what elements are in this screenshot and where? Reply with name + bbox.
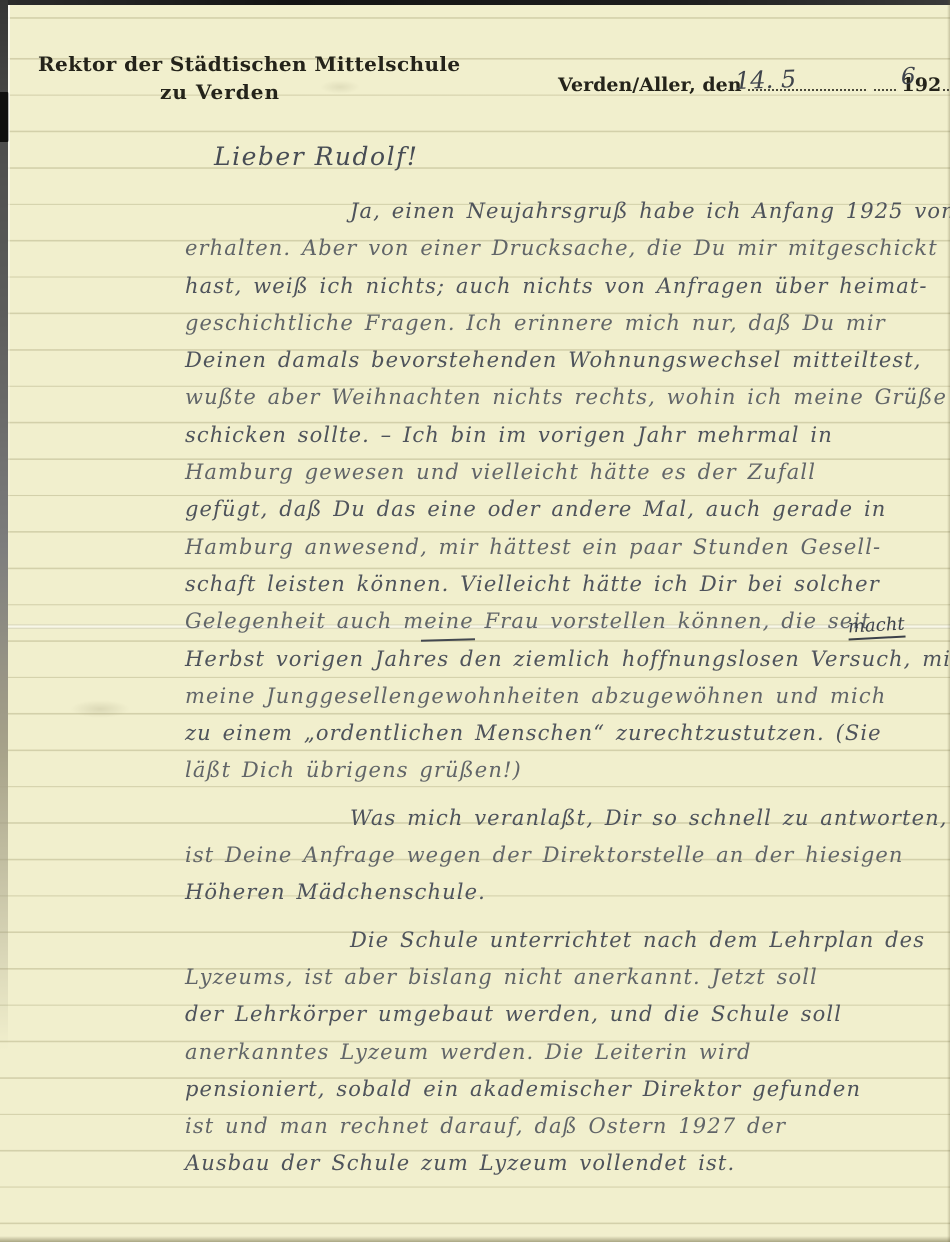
handwritten-line: gefügt, daß Du das eine oder andere Mal,…	[185, 491, 950, 528]
dateline-place: Verden/Aller, den	[558, 74, 742, 96]
handwritten-year-digit: 6	[901, 64, 916, 90]
scan-edge-bottom	[0, 1236, 950, 1242]
handwritten-line: schicken sollte. – Ich bin im vorigen Ja…	[185, 417, 950, 454]
handwritten-line: Gelegenheit auch meine Frau vorstellen k…	[185, 603, 950, 640]
handwritten-line: Hamburg anwesend, mir hättest ein paar S…	[185, 529, 950, 566]
handwritten-date: 14. 5	[735, 65, 797, 95]
handwritten-line: Was mich veranlaßt, Dir so schnell zu an…	[185, 800, 950, 837]
paragraph: Ja, einen Neujahrsgruß habe ich Anfang 1…	[185, 193, 950, 790]
letterhead: Rektor der Städtischen Mittelschule zu V…	[38, 52, 402, 104]
handwritten-line: ist Deine Anfrage wegen der Direktorstel…	[185, 837, 950, 874]
handwritten-line: Höheren Mädchenschule.	[185, 874, 950, 911]
handwritten-line: läßt Dich übrigens grüßen!)	[185, 752, 950, 789]
scan-edge-left	[0, 0, 8, 1050]
letterhead-line2: zu Verden	[38, 80, 402, 104]
handwritten-line: Die Schule unterrichtet nach dem Lehrpla…	[185, 922, 950, 959]
handwritten-line: Ja, einen Neujahrsgruß habe ich Anfang 1…	[185, 193, 950, 230]
handwritten-line: hast, weiß ich nichts; auch nichts von A…	[185, 268, 950, 305]
handwritten-line: Deinen damals bevorstehenden Wohnungswec…	[185, 342, 950, 379]
handwritten-line: Herbst vorigen Jahres den ziemlich hoffn…	[185, 641, 950, 678]
handwritten-line: Lyzeums, ist aber bislang nicht anerkann…	[185, 959, 950, 996]
scanned-letter-page: Rektor der Städtischen Mittelschule zu V…	[0, 0, 950, 1242]
inserted-word: macht	[847, 614, 905, 641]
letter-body: Ja, einen Neujahrsgruß habe ich Anfang 1…	[185, 193, 950, 1183]
salutation: Lieber Rudolf!	[214, 142, 418, 171]
handwritten-line: pensioniert, sobald ein akademischer Dir…	[185, 1071, 950, 1108]
letterhead-line1: Rektor der Städtischen Mittelschule	[38, 52, 402, 76]
scan-edge-top	[0, 0, 950, 5]
handwritten-line: der Lehrkörper umgebaut werden, und die …	[185, 996, 950, 1033]
paragraph: Was mich veranlaßt, Dir so schnell zu an…	[185, 800, 950, 912]
handwritten-line: erhalten. Aber von einer Drucksache, die…	[185, 230, 950, 267]
handwritten-line: schaft leisten können. Vielleicht hätte …	[185, 566, 950, 603]
paragraph: Die Schule unterrichtet nach dem Lehrpla…	[185, 922, 950, 1183]
paper-smudge	[70, 700, 130, 718]
handwritten-line: anerkanntes Lyzeum werden. Die Leiterin …	[185, 1034, 950, 1071]
handwritten-line: zu einem „ordentlichen Menschen“ zurecht…	[185, 715, 950, 752]
handwritten-line: meine Junggesellengewohnheiten abzugewöh…	[185, 678, 950, 715]
handwritten-line: geschichtliche Fragen. Ich erinnere mich…	[185, 305, 950, 342]
dotted-rule	[874, 74, 896, 91]
handwritten-line: Hamburg gewesen und vielleicht hätte es …	[185, 454, 950, 491]
paper-edge-highlight	[8, 5, 10, 625]
handwritten-line: ist und man rechnet darauf, daß Ostern 1…	[185, 1108, 950, 1145]
handwritten-line: wußte aber Weihnachten nichts rechts, wo…	[185, 379, 950, 416]
handwritten-line: Ausbau der Schule zum Lyzeum vollendet i…	[185, 1145, 950, 1182]
